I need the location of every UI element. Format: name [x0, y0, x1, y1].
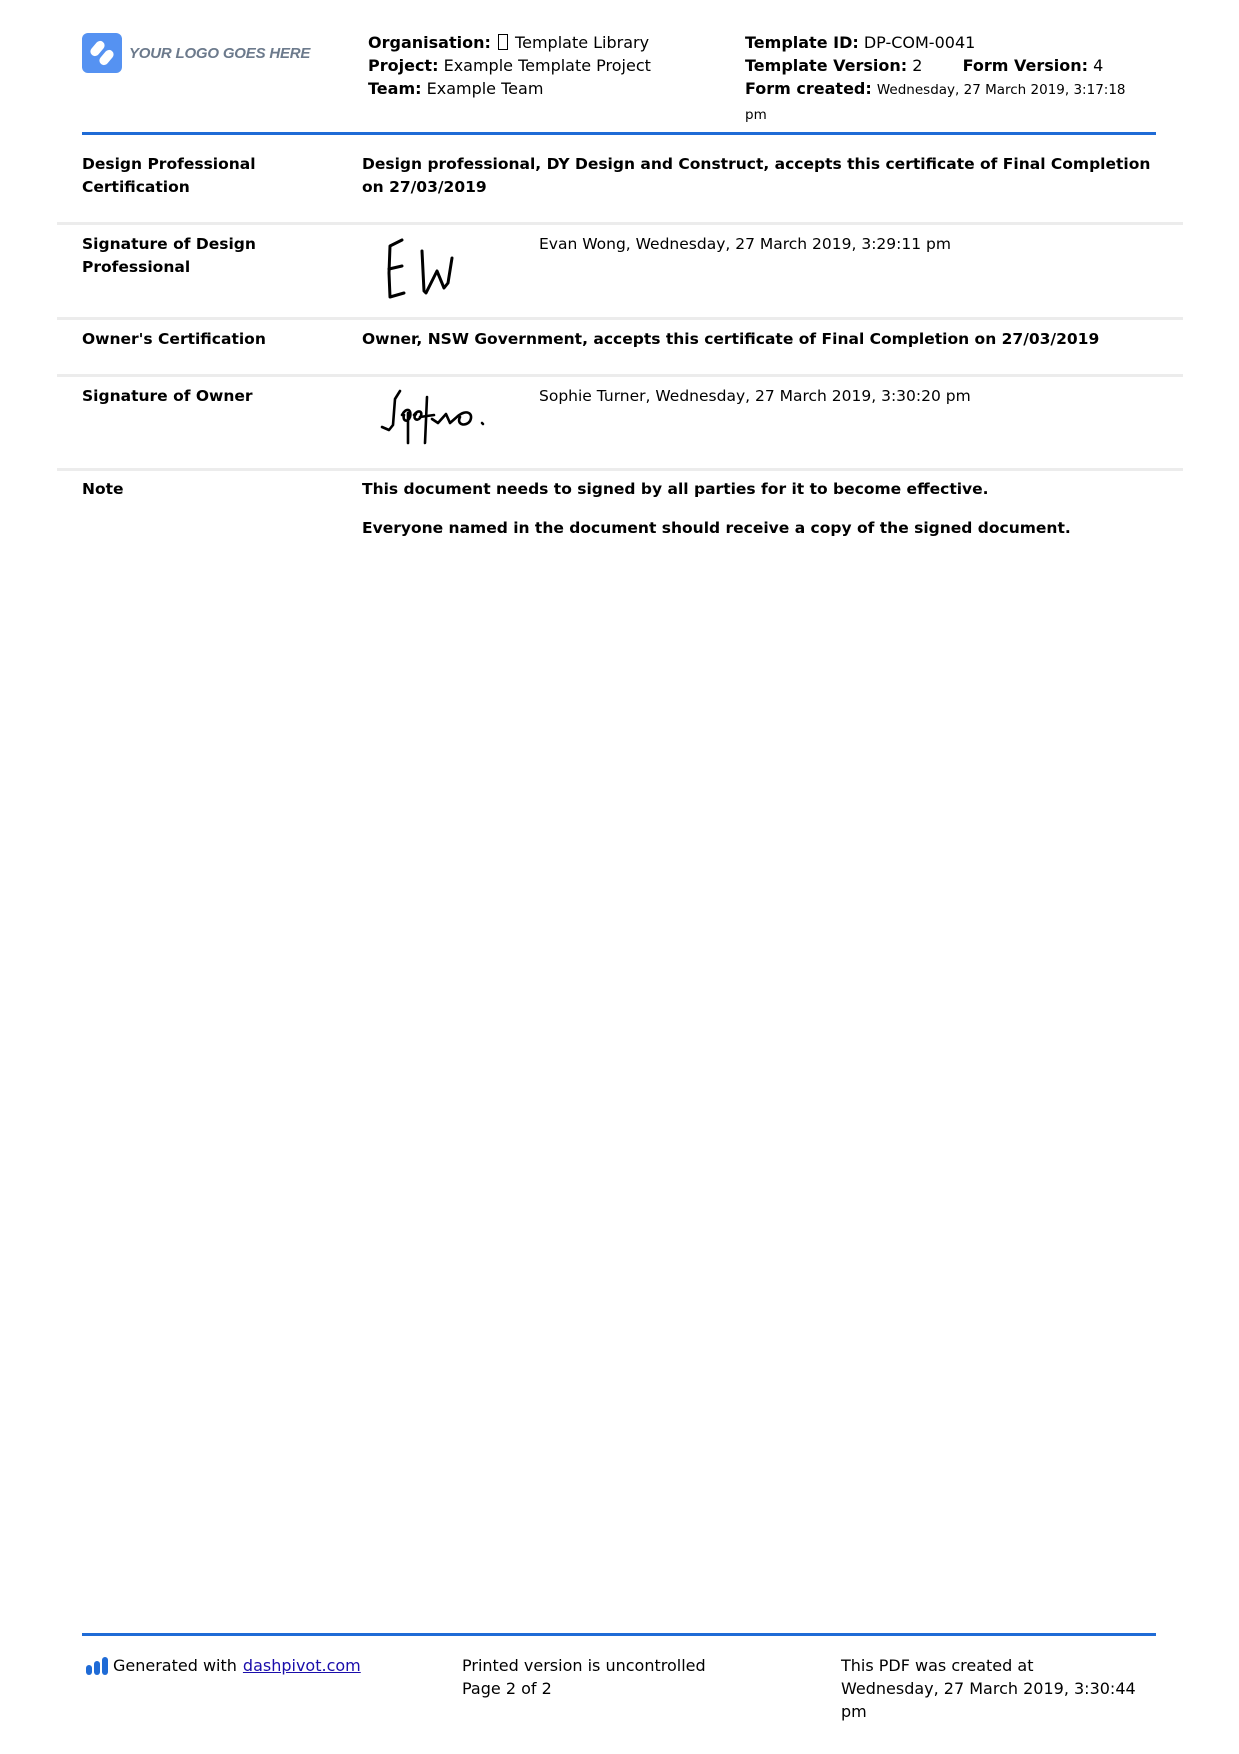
team-line: Team: Example Team	[368, 77, 651, 100]
document-header: YOUR LOGO GOES HERE Organisation: Templa…	[0, 0, 1239, 140]
note-line: Everyone named in the document should re…	[362, 517, 1182, 540]
placeholder-box-icon	[498, 34, 508, 50]
template-meta: Template ID: DP-COM-0041 Template Versio…	[745, 31, 1145, 127]
row-divider	[57, 468, 1183, 471]
row-label: Note	[82, 478, 342, 501]
page-number: Page 2 of 2	[462, 1677, 706, 1700]
row-label: Owner's Certification	[82, 328, 342, 351]
organisation-value: Template Library	[515, 33, 649, 52]
pdf-created-info: This PDF was created at Wednesday, 27 Ma…	[841, 1654, 1161, 1723]
dashpivot-link[interactable]: dashpivot.com	[243, 1654, 361, 1677]
row-label: Signature of Owner	[82, 385, 342, 408]
template-id-value: DP-COM-0041	[864, 33, 975, 52]
row-value: Owner, NSW Government, accepts this cert…	[362, 328, 1212, 351]
organisation-line: Organisation: Template Library	[368, 31, 651, 54]
generated-prefix: Generated with	[113, 1654, 237, 1677]
pdf-created-label: This PDF was created at	[841, 1654, 1161, 1677]
form-created-label: Form created:	[745, 79, 872, 98]
template-id-label: Template ID:	[745, 33, 859, 52]
team-label: Team:	[368, 79, 422, 98]
project-label: Project:	[368, 56, 438, 75]
template-id-line: Template ID: DP-COM-0041	[745, 31, 1145, 54]
row-divider	[57, 317, 1183, 320]
note-line: This document needs to signed by all par…	[362, 478, 1182, 501]
signature-meta: Sophie Turner, Wednesday, 27 March 2019,…	[539, 385, 971, 408]
row-label: Design Professional Certification	[82, 153, 342, 199]
template-version-label: Template Version:	[745, 56, 907, 75]
handwritten-signature-ew-icon	[362, 233, 512, 313]
organisation-label: Organisation:	[368, 33, 491, 52]
row-divider	[57, 222, 1183, 225]
uncontrolled-notice: Printed version is uncontrolled	[462, 1654, 706, 1677]
team-value: Example Team	[427, 79, 544, 98]
footer-rule	[82, 1633, 1156, 1636]
row-label: Signature of Design Professional	[82, 233, 282, 279]
handwritten-signature-sophie-icon	[362, 385, 512, 465]
form-version-value: 4	[1093, 56, 1103, 75]
logo-mark-icon	[82, 33, 122, 73]
logo: YOUR LOGO GOES HERE	[82, 33, 310, 73]
form-version-label: Form Version:	[963, 56, 1088, 75]
dashpivot-bars-icon	[85, 1656, 109, 1676]
print-info: Printed version is uncontrolled Page 2 o…	[462, 1654, 706, 1700]
form-created-line: Form created: Wednesday, 27 March 2019, …	[745, 77, 1145, 127]
row-divider	[57, 374, 1183, 377]
logo-text: YOUR LOGO GOES HERE	[129, 45, 310, 62]
generated-with: Generated with dashpivot.com	[85, 1654, 361, 1677]
row-value: Design professional, DY Design and Const…	[362, 153, 1172, 199]
signature-meta: Evan Wong, Wednesday, 27 March 2019, 3:2…	[539, 233, 951, 256]
version-line: Template Version: 2 Form Version: 4	[745, 54, 1145, 77]
project-line: Project: Example Template Project	[368, 54, 651, 77]
pdf-created-value: Wednesday, 27 March 2019, 3:30:44 pm	[841, 1677, 1151, 1723]
project-value: Example Template Project	[444, 56, 651, 75]
template-version-value: 2	[912, 56, 922, 75]
header-rule	[82, 132, 1156, 135]
note-lines: This document needs to signed by all par…	[362, 478, 1182, 540]
org-meta: Organisation: Template Library Project: …	[368, 31, 651, 100]
